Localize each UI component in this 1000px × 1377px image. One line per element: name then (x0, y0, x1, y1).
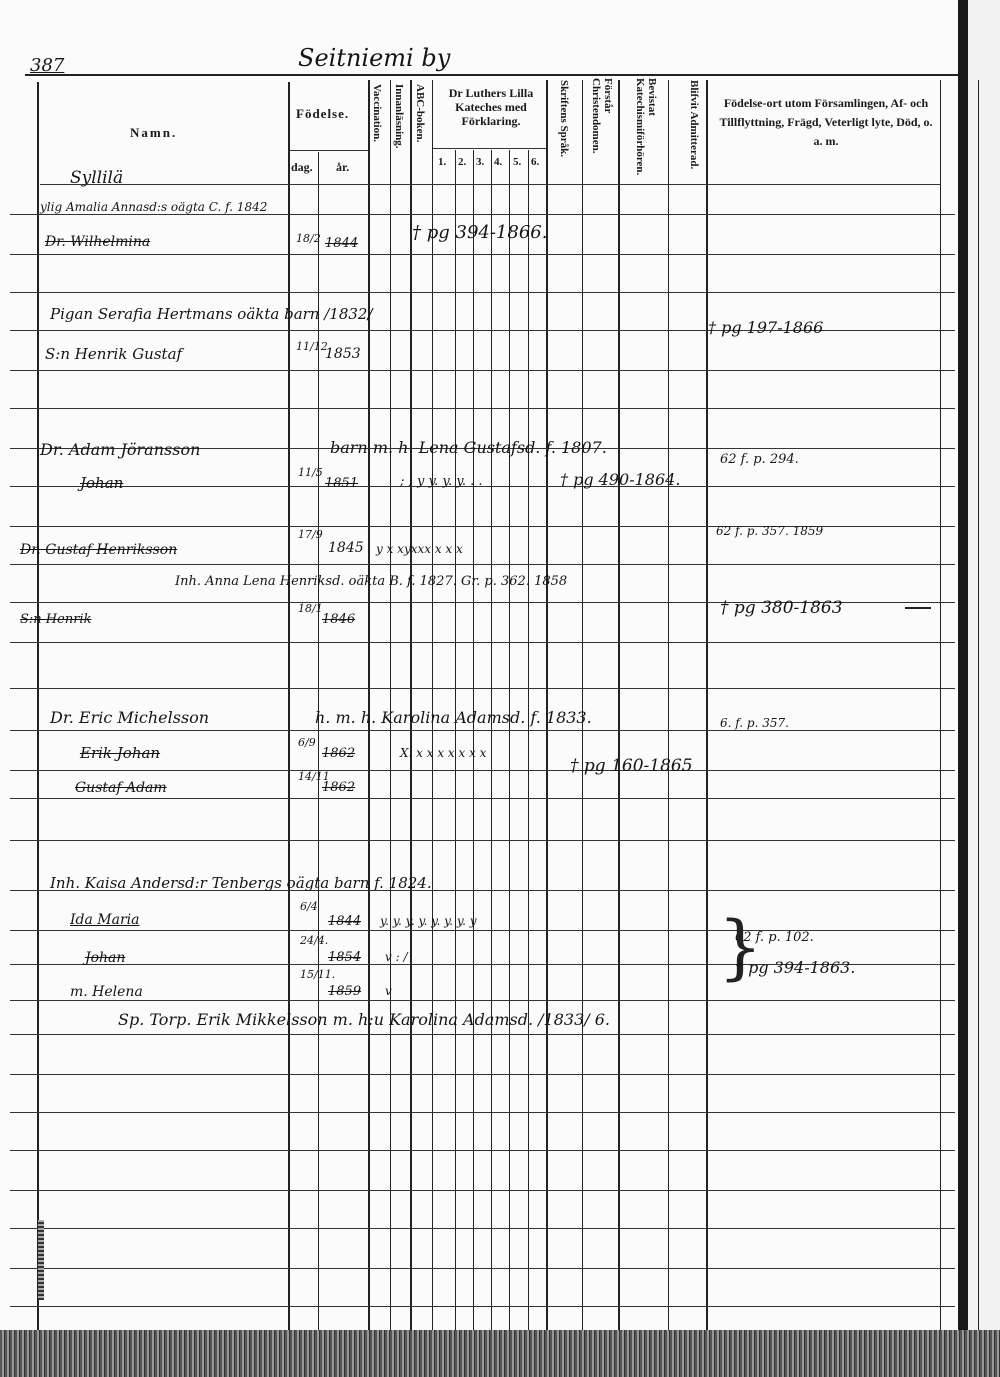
entry-birth-year: 1846 (322, 612, 355, 627)
row-rule (10, 370, 955, 371)
entry-birth-day: 6/4 (300, 900, 318, 913)
entry-marks: y x xyxxx x x x (376, 542, 463, 556)
header-catechism-hearings: Bevistat Katechismiförhören. (630, 78, 658, 180)
luther-col-6: 6. (531, 156, 539, 168)
entry-note: barn m. h. Lena Gustafsd. f. 1807. (330, 438, 607, 457)
entry-birth-year: 1844 (325, 236, 358, 251)
title-rule (25, 74, 960, 76)
col-line-l1 (455, 150, 456, 1330)
entry-name: ylig Amalia Annasd:s oägta C. f. 1842 (40, 200, 267, 214)
col-line-scripture (582, 80, 583, 1330)
header-admitted: Blifvit Admitterad. (674, 80, 700, 180)
col-line-l3 (491, 150, 492, 1330)
row-rule (10, 1074, 955, 1075)
row-rule (10, 292, 955, 293)
entry-marks: v (385, 984, 392, 998)
page-number: 387 (30, 55, 64, 76)
entry-name: Inh. Anna Lena Henriksd. oäkta B. f. 182… (175, 574, 567, 589)
entry-birth-year: 1859 (328, 984, 361, 999)
header-understands: Förstår Christendomen. (588, 78, 614, 180)
entry-birth-year: 1862 (322, 746, 355, 761)
facing-page-edge (968, 0, 1000, 1377)
entry-birth-day: 15/11. (300, 968, 335, 981)
luther-col-1: 1. (438, 156, 446, 168)
col-line-l4 (509, 150, 510, 1330)
col-line-admitted (706, 80, 708, 1330)
entry-name: Gustaf Adam (75, 780, 167, 796)
entry-name: Inh. Kaisa Andersd:r Tenbergs oägta barn… (50, 874, 432, 892)
entry-name: Johan (80, 474, 123, 492)
entry-name: m. Helena (70, 984, 143, 1000)
luther-col-5: 5. (513, 156, 521, 168)
entry-name: Erik Johan (80, 744, 160, 762)
entry-remark: 62 f. p. 357. 1859 (716, 524, 876, 538)
entry-name: Dr. Adam Jöransson (40, 440, 200, 459)
entry-name: S:n Henrik Gustaf (45, 345, 182, 363)
entry-marks: y. y. y. y. y. y. y. y (380, 914, 476, 928)
col-line-read (410, 80, 412, 1330)
entry-birth-day: 18/1 (298, 602, 323, 615)
col-line-l5 (528, 150, 529, 1330)
entry-birth-year: 1845 (328, 540, 364, 556)
row-rule (10, 1228, 955, 1229)
entry-birth-year: 1851 (325, 476, 358, 491)
entry-note: h. m. h. Karolina Adamsd. f. 1833. (315, 708, 592, 727)
entry-birth-day: 6/9 (298, 736, 316, 749)
entry-name: Johan (85, 950, 125, 966)
entry-birth-year: 1853 (325, 346, 361, 362)
entry-name: S:n Henrik (20, 612, 91, 627)
register-page: 387 Seitniemi by Namn. Födelse. dag. år.… (0, 0, 1000, 1377)
luther-subrule (433, 148, 546, 149)
entry-name: Ida Maria (70, 912, 140, 928)
entry-birth-year: 1854 (328, 950, 361, 965)
entry-name: Dr. Gustaf Henriksson (20, 542, 177, 558)
header-luther: Dr Luthers Lilla Kateches med Förklaring… (436, 86, 546, 128)
row-rule (10, 1268, 955, 1269)
col-line-year (368, 80, 370, 1330)
header-birth-day: dag. (291, 160, 313, 175)
village-title: Seitniemi by (298, 44, 450, 72)
entry-name: Dr. Wilhelmina (45, 234, 150, 250)
luther-col-2: 2. (458, 156, 466, 168)
entry-birth-year: 1844 (328, 914, 361, 929)
entry-remark: † pg 380-1863 (720, 598, 843, 618)
col-line-vacc (390, 80, 391, 1330)
entry-marks: X. x x x x x x x (400, 746, 486, 760)
entry-birth-day: 18/2 (296, 232, 321, 245)
col-line-day (318, 152, 319, 1332)
entry-remark: 6. f. p. 357. (720, 716, 789, 730)
row-rule (10, 770, 955, 771)
entry-birth-day: 24/4. (300, 934, 328, 947)
row-rule (10, 214, 955, 215)
col-line-name (288, 82, 290, 1332)
header-vaccination: Vaccination. (371, 84, 383, 176)
row-rule (10, 408, 955, 409)
entry-name: Sp. Torp. Erik Mikkelsson m. h:u Karolin… (118, 1010, 610, 1029)
col-line-l2 (473, 150, 474, 1330)
col-line-understands (618, 80, 620, 1330)
row-rule (10, 1034, 955, 1035)
header-scripture: Skriftens Språk. (558, 80, 570, 180)
col-line-l6 (546, 80, 548, 1330)
entry-remark: † pg 394-1863. (735, 958, 855, 977)
row-rule (10, 798, 955, 799)
header-remarks: Födelse-ort utom Församlingen, Af- och T… (714, 94, 938, 151)
dash-mark (905, 607, 931, 609)
entry-birth-year: 1862 (322, 780, 355, 795)
col-line-hearings (668, 80, 669, 1330)
header-birth: Födelse. (296, 106, 349, 122)
header-name: Namn. (130, 125, 177, 141)
scan-bottom-edge (0, 1330, 1000, 1377)
entry-birth-day: 17/9 (298, 528, 323, 541)
row-rule (10, 1150, 955, 1151)
book-spine (958, 0, 968, 1377)
row-rule (10, 730, 955, 731)
row-rule (10, 840, 955, 841)
col-line-abc (432, 80, 433, 1330)
row-rule (10, 254, 955, 255)
entry-name: Dr. Eric Michelsson (50, 708, 209, 727)
entry-marks: ; ; y y. y. y. . . (400, 474, 483, 489)
entry-marks: v : / (385, 950, 408, 964)
row-rule (10, 1306, 955, 1307)
entry-remark: † pg 197-1866 (708, 318, 823, 337)
row-rule (10, 1190, 955, 1191)
entry-remark: 62 f. p. 294. (720, 452, 799, 467)
entry-note: † pg 394-1866. (412, 222, 547, 243)
header-reading: Innanläsning. (393, 84, 405, 176)
header-birth-year: år. (336, 160, 349, 175)
entry-note: † pg 490-1864. (560, 470, 680, 489)
luther-col-4: 4. (494, 156, 502, 168)
section-label: Syllilä (70, 168, 123, 188)
row-rule (10, 642, 955, 643)
facing-page-line (978, 80, 979, 1330)
entry-birth-day: 11/5 (298, 466, 323, 479)
entry-birth-day: 11/12 (296, 340, 328, 353)
col-line-right (940, 80, 941, 1330)
col-line-left (37, 82, 39, 1332)
row-rule (10, 1112, 955, 1113)
header-abc: ABC-boken. (414, 84, 426, 176)
entry-name: Pigan Serafia Hertmans oäkta barn /1832/ (50, 305, 373, 323)
row-rule (10, 1000, 955, 1001)
header-bottom-rule (40, 184, 940, 185)
row-rule (10, 564, 955, 565)
entry-note: † pg 160-1865 (570, 756, 693, 776)
birth-subrule (289, 150, 368, 151)
ink-smudge (38, 1220, 44, 1300)
row-rule (10, 688, 955, 689)
luther-col-3: 3. (476, 156, 484, 168)
